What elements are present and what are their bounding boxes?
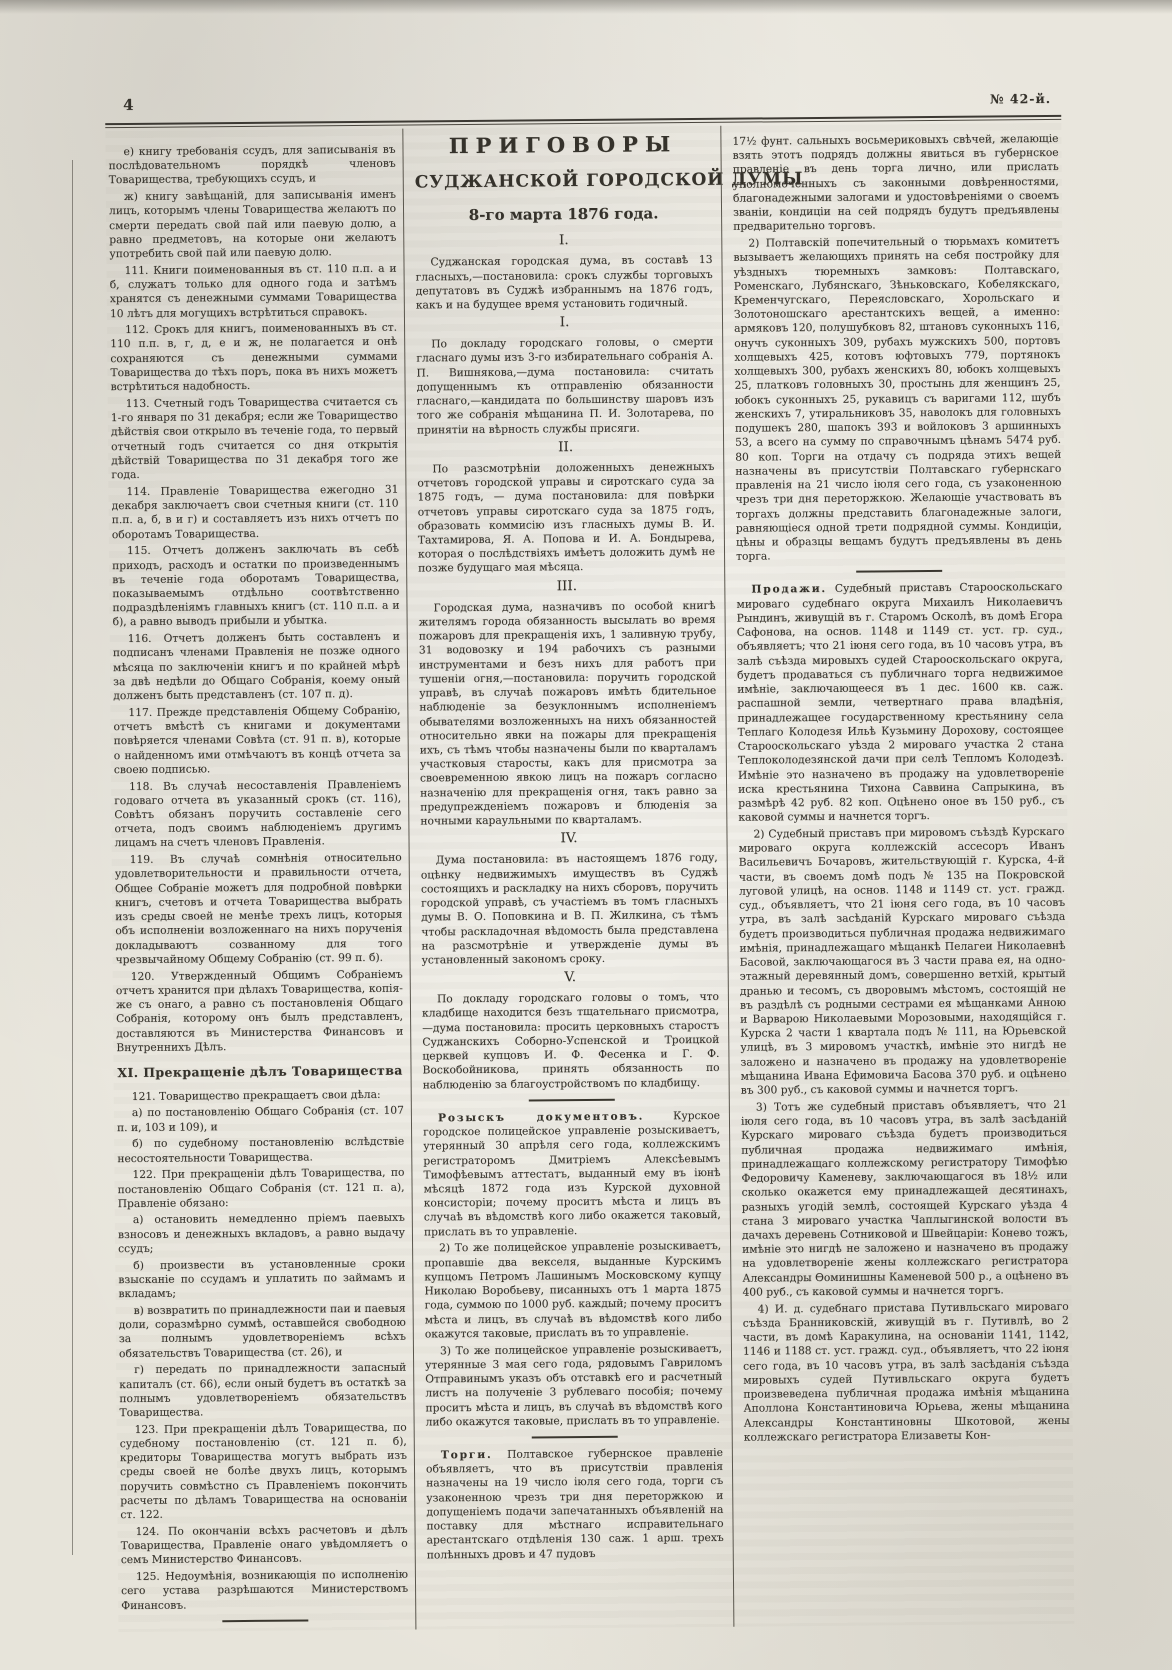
section-numeral: I.: [416, 313, 713, 334]
section-numeral: III.: [418, 577, 715, 598]
paragraph: 122. При прекращеніи дѣлъ Товарищества, …: [117, 1166, 404, 1211]
column-left: е) книгу требованія ссудъ, для записыван…: [105, 129, 415, 1632]
paragraph: 4) И. д. судебнаго пристава Путивльскаго…: [743, 1299, 1070, 1444]
column-right: 17½ фунт. сальныхъ восьмериковыхъ свѣчей…: [720, 123, 1074, 1627]
page-content: 4 № 42-й. е) книгу требованія ссудъ, для…: [105, 88, 1074, 1632]
page-number: 4: [123, 96, 134, 116]
paragraph: 118. Въ случаѣ несоставленія Правленіемъ…: [114, 777, 402, 851]
section-divider: [528, 1099, 614, 1102]
article-subtitle: СУДЖАНСКОЙ ГОРОДСКОЙ ДУМЫ: [415, 169, 712, 194]
paragraph: 111. Книги поименованныя въ ст. 110 п.п.…: [109, 261, 396, 320]
section-numeral: I.: [415, 231, 712, 252]
paragraph: По докладу городскаго головы, о смерти г…: [416, 335, 714, 437]
article-date: 8-го марта 1876 года.: [415, 204, 712, 227]
section-divider: [531, 1436, 617, 1439]
paragraph: б) по судебному постановленію вслѣдствіе…: [117, 1135, 404, 1166]
section-divider: [222, 1619, 308, 1622]
paragraph: 125. Недоумѣнія, возникающія по исполнен…: [121, 1568, 408, 1613]
paragraph: 123. При прекращеніи дѣлъ Товарищества, …: [120, 1420, 408, 1522]
paragraph: 3) То же полицейское управленіе розыскив…: [425, 1341, 723, 1429]
paragraph-text: Полтавское губернское правленіе объявляе…: [426, 1446, 724, 1561]
article-title: ПРИГОВОРЫ: [414, 130, 711, 161]
section-numeral: V.: [422, 968, 719, 989]
paragraph: 124. По окончаніи всѣхъ расчетовъ и дѣлъ…: [120, 1522, 407, 1567]
article-lead: Торги.: [441, 1448, 493, 1461]
section-divider: [856, 570, 942, 573]
paragraph: Розыскъ документовъ. Курское городское п…: [423, 1109, 721, 1240]
paragraph: 121. Товарищество прекращаетъ свои дѣла:: [117, 1087, 404, 1104]
newspaper-page: 4 № 42-й. е) книгу требованія ссудъ, для…: [0, 0, 1172, 1670]
paragraph: 120. Утвержденный Общимъ Собраніемъ отче…: [116, 967, 404, 1055]
paragraph: а) остановить немедленно пріемъ паевыхъ …: [118, 1211, 405, 1256]
article-lead: Розыскъ документовъ.: [438, 1109, 644, 1124]
paragraph: Суджанская городская дума, въ составѣ 13…: [415, 253, 712, 313]
section-numeral: IV.: [420, 829, 717, 850]
section-numeral: II.: [417, 438, 714, 459]
paragraph: 113. Счетный годъ Товарищества считается…: [111, 395, 399, 483]
paragraph: 112. Срокъ для книгъ, поименованныхъ въ …: [110, 321, 398, 395]
paragraph: а) по постановленію Общаго Собранія (ст.…: [117, 1104, 404, 1135]
paragraph: г) передать по принадлежности запасный к…: [119, 1361, 406, 1420]
column-center: ПРИГОВОРЫСУДЖАНСКОЙ ГОРОДСКОЙ ДУМЫ8-го м…: [402, 126, 733, 1630]
article-lead: Продажи.: [751, 582, 827, 596]
paragraph: 3) Тотъ же судебный приставъ объявляетъ,…: [741, 1098, 1069, 1300]
paragraph: 17½ фунт. сальныхъ восьмериковыхъ свѣчей…: [732, 132, 1059, 234]
paragraph-text: Курское городское полицейское управленіе…: [423, 1109, 721, 1238]
paragraph: Городская дума, назначивъ по особой книг…: [418, 599, 717, 829]
paragraph: в) возвратить по принадлежности паи и па…: [119, 1301, 406, 1360]
paragraph: 117. Прежде представленія Общему Собрані…: [113, 703, 401, 777]
columns: е) книгу требованія ссудъ, для записыван…: [105, 123, 1074, 1632]
paragraph: Дума постановила: въ настоящемъ 1876 год…: [421, 851, 719, 967]
paragraph: По докладу городскаго головы о томъ, что…: [422, 990, 720, 1092]
paragraph: 115. Отчетъ долженъ заключать въ себѣ пр…: [112, 542, 400, 630]
paragraph: ж) книгу завѣщаній, для записыванія имен…: [109, 188, 397, 262]
paragraph: Торги. Полтавское губернское правленіе о…: [426, 1446, 724, 1562]
paragraph: б) произвести въ установленные сроки взы…: [118, 1256, 405, 1301]
scan-edge-line: [72, 160, 73, 1555]
paragraph: По разсмотрѣніи доложенныхъ денежныхъ от…: [417, 460, 715, 576]
paragraph: 2) То же полицейское управленіе розыскив…: [424, 1239, 722, 1341]
paragraph: 2) Судебный приставъ при мировомъ съѣздѣ…: [738, 825, 1066, 1098]
paragraph-text: Судебный приставъ Старооскольскаго миров…: [736, 580, 1064, 824]
issue-number: № 42-й.: [990, 91, 1051, 108]
paragraph: 2) Полтавскій попечительный о тюрьмахъ к…: [733, 234, 1062, 564]
paragraph: 114. Правленіе Товарищества ежегодно 31 …: [111, 482, 398, 541]
paragraph: Продажи. Судебный приставъ Старооскольск…: [736, 580, 1064, 825]
paragraph: е) книгу требованія ссудъ, для записыван…: [108, 143, 395, 188]
paragraph: 116. Отчетъ долженъ быть составленъ и по…: [113, 630, 401, 704]
section-heading: XI. Прекращеніе дѣлъ Товарищества: [116, 1063, 403, 1082]
paragraph: 119. Въ случаѣ сомнѣнія относительно удо…: [115, 851, 403, 967]
